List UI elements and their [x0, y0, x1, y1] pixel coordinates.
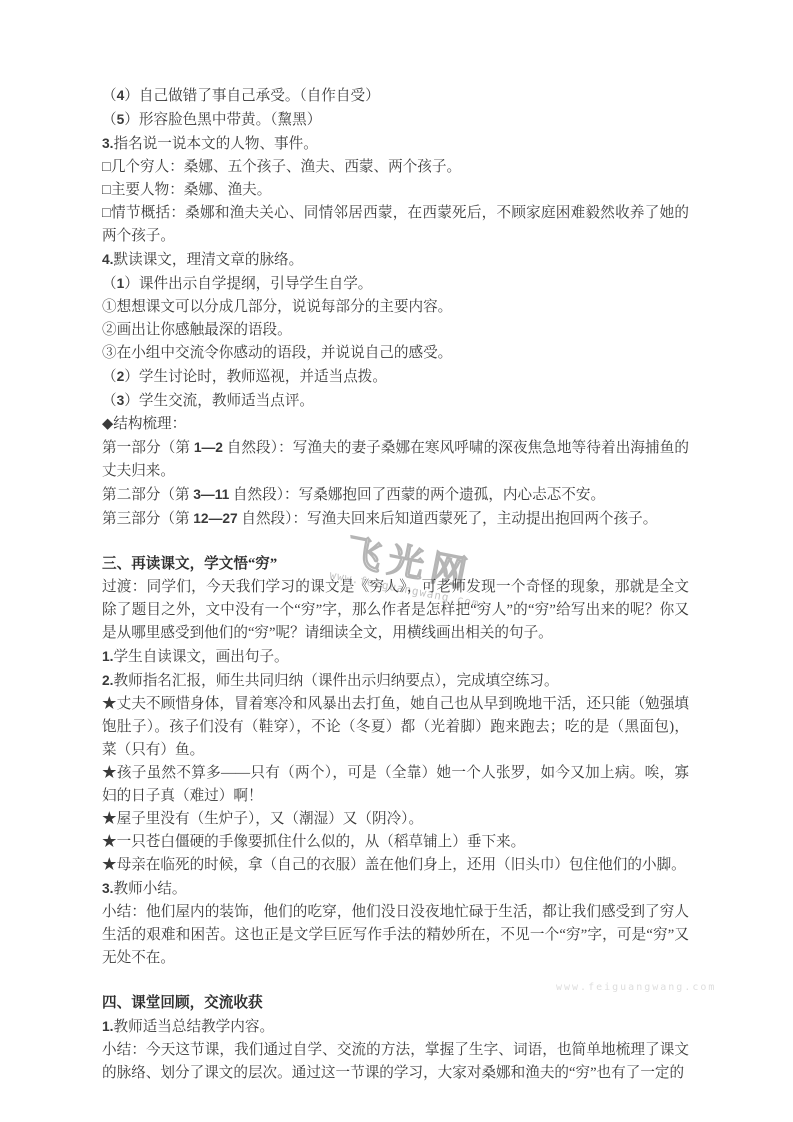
text-run: （	[102, 112, 117, 128]
text-run: ②画出让你感触最深的语段。	[102, 322, 292, 338]
text-run: 过渡：同学们，今天我们学习的课文是《穷人》，可老师发现一个奇怪的现象，那就是全文…	[102, 579, 689, 641]
text-run: ）课件出示自学提纲，引导学生自学。	[124, 276, 372, 292]
paragraph: ★丈夫不顾惜身体，冒着寒冷和风暴出去打鱼，她自己也从早到晚地干活，还只能（勉强填…	[102, 693, 689, 762]
paragraph: □情节概括：桑娜和渔夫关心、同情邻居西蒙，在西蒙死后，不顾家庭困难毅然收养了她的…	[102, 202, 689, 248]
paragraph: 3.指名说一说本文的人物、事件。	[102, 132, 689, 156]
text-run: 第三部分（第	[102, 511, 193, 527]
paragraph: ★孩子虽然不算多——只有（两个），可是（全靠）她一个人张罗，如今又加上病。唉，寡…	[102, 762, 689, 808]
text-run: ）学生交流，教师适当点评。	[124, 393, 314, 409]
text-run-bold: 3—11	[193, 487, 229, 502]
text-run-bold: 1.	[102, 1019, 114, 1034]
section-heading: 四、课堂回顾，交流收获	[102, 992, 689, 1015]
paragraph: ★屋子里没有（生炉子），又（潮湿）又（阴冷）。	[102, 808, 689, 831]
text-run: （	[102, 276, 117, 292]
text-run: ★母亲在临死的时候，拿（自己的衣服）盖在他们身上，还用（旧头巾）包住他们的小脚。	[102, 857, 686, 873]
text-run: 四、课堂回顾，交流收获	[102, 995, 263, 1011]
text-run-bold: 1—2	[194, 440, 223, 455]
paragraph: 4.默读课文，理清文章的脉络。	[102, 248, 689, 272]
text-run: 教师指名汇报，师生共同归纳（课件出示归纳要点），完成填空练习。	[114, 673, 559, 689]
paragraph: （2）学生讨论时，教师巡视，并适当点拨。	[102, 365, 689, 389]
document-body: （4）自己做错了事自己承受。（自作自受）（5）形容脸色黑中带黄。（黧黑）3.指名…	[0, 0, 793, 1085]
text-run: ★孩子虽然不算多——只有（两个），可是（全靠）她一个人张罗，如今又加上病。唉，寡…	[102, 765, 689, 804]
text-run: ◆结构梳理：	[102, 416, 186, 432]
text-run: □主要人物：桑娜、渔夫。	[102, 182, 271, 198]
text-run: ★一只苍白僵硬的手像要抓住什么似的，从（稻草铺上）垂下来。	[102, 834, 525, 850]
paragraph: ◆结构梳理：	[102, 413, 689, 436]
paragraph: 第一部分（第 1—2 自然段）：写渔夫的妻子桑娜在寒风呼啸的深夜焦急地等待着出海…	[102, 436, 689, 483]
paragraph: （5）形容脸色黑中带黄。（黧黑）	[102, 108, 689, 132]
text-run: （	[102, 369, 117, 385]
text-run-bold: 2.	[102, 673, 114, 688]
paragraph: ③在小组中交流令你感动的语段，并说说自己的感受。	[102, 342, 689, 365]
paragraph: ①想想课文可以分成几部分，说说每部分的主要内容。	[102, 296, 689, 319]
paragraph: 第二部分（第 3—11 自然段）：写桑娜抱回了西蒙的两个遗孤，内心忐忑不安。	[102, 483, 689, 507]
text-run: 第一部分（第	[102, 440, 194, 456]
text-run: □几个穷人：桑娜、五个孩子、渔夫、西蒙、两个孩子。	[102, 159, 461, 175]
text-run: 自然段）：写桑娜抱回了西蒙的两个遗孤，内心忐忑不安。	[229, 487, 605, 503]
paragraph: □几个穷人：桑娜、五个孩子、渔夫、西蒙、两个孩子。	[102, 156, 689, 179]
section-heading: 三、再读课文，学文悟“穷”	[102, 553, 689, 576]
text-run: 小结：他们屋内的装饰，他们的吃穿，他们没日没夜地忙碌于生活，都让我们感受到了穷人…	[102, 904, 689, 966]
text-run: 三、再读课文，学文悟“穷”	[102, 556, 277, 572]
text-run: ）形容脸色黑中带黄。（黧黑）	[124, 112, 321, 128]
paragraph: （3）学生交流，教师适当点评。	[102, 389, 689, 413]
paragraph: 1.教师适当总结教学内容。	[102, 1015, 689, 1039]
text-run-bold: 1.	[102, 649, 114, 664]
text-run-bold: 4.	[102, 252, 114, 267]
paragraph: 过渡：同学们，今天我们学习的课文是《穷人》，可老师发现一个奇怪的现象，那就是全文…	[102, 576, 689, 645]
paragraph: （4）自己做错了事自己承受。（自作自受）	[102, 84, 689, 108]
paragraph: ★一只苍白僵硬的手像要抓住什么似的，从（稻草铺上）垂下来。	[102, 831, 689, 854]
text-run-bold: 12—27	[193, 511, 238, 526]
text-run: （	[102, 88, 117, 104]
text-run: 教师适当总结教学内容。	[114, 1019, 275, 1035]
text-run: □情节概括：桑娜和渔夫关心、同情邻居西蒙，在西蒙死后，不顾家庭困难毅然收养了她的…	[102, 205, 689, 244]
text-run: 第二部分（第	[102, 487, 193, 503]
paragraph: □主要人物：桑娜、渔夫。	[102, 179, 689, 202]
paragraph: （1）课件出示自学提纲，引导学生自学。	[102, 272, 689, 296]
paragraph: 3.教师小结。	[102, 877, 689, 901]
text-run: 默读课文，理清文章的脉络。	[114, 252, 304, 268]
paragraph: 第三部分（第 12—27 自然段）：写渔夫回来后知道西蒙死了，主动提出抱回两个孩…	[102, 507, 689, 531]
text-run: 指名说一说本文的人物、事件。	[114, 136, 318, 152]
document-page: 飞光网 www.feiguangwang.com www.feiguangwan…	[0, 0, 793, 1122]
paragraph: 小结：他们屋内的装饰，他们的吃穿，他们没日没夜地忙碌于生活，都让我们感受到了穷人…	[102, 901, 689, 970]
text-run: ①想想课文可以分成几部分，说说每部分的主要内容。	[102, 299, 452, 315]
paragraph: 2.教师指名汇报，师生共同归纳（课件出示归纳要点），完成填空练习。	[102, 669, 689, 693]
text-run: ）自己做错了事自己承受。（自作自受）	[124, 88, 379, 104]
text-run: ）学生讨论时，教师巡视，并适当点拨。	[124, 369, 387, 385]
text-run-bold: 3.	[102, 881, 114, 896]
paragraph: 小结：今天这节课，我们通过自学、交流的方法，掌握了生字、词语，也简单地梳理了课文…	[102, 1039, 689, 1085]
paragraph: 1.学生自读课文，画出句子。	[102, 645, 689, 669]
text-run: ★屋子里没有（生炉子），又（潮湿）又（阴冷）。	[102, 811, 423, 827]
text-run: 教师小结。	[114, 881, 187, 897]
text-run: ★丈夫不顾惜身体，冒着寒冷和风暴出去打鱼，她自己也从早到晚地干活，还只能（勉强填…	[102, 696, 689, 758]
paragraph: ★母亲在临死的时候，拿（自己的衣服）盖在他们身上，还用（旧头巾）包住他们的小脚。	[102, 854, 689, 877]
text-run: 自然段）：写渔夫回来后知道西蒙死了，主动提出抱回两个孩子。	[238, 511, 658, 527]
text-run: ③在小组中交流令你感动的语段，并说说自己的感受。	[102, 345, 452, 361]
text-run: 小结：今天这节课，我们通过自学、交流的方法，掌握了生字、词语，也简单地梳理了课文…	[102, 1042, 689, 1081]
text-run: 学生自读课文，画出句子。	[114, 649, 289, 665]
text-run: （	[102, 393, 117, 409]
text-run-bold: 3.	[102, 136, 114, 151]
paragraph: ②画出让你感触最深的语段。	[102, 319, 689, 342]
